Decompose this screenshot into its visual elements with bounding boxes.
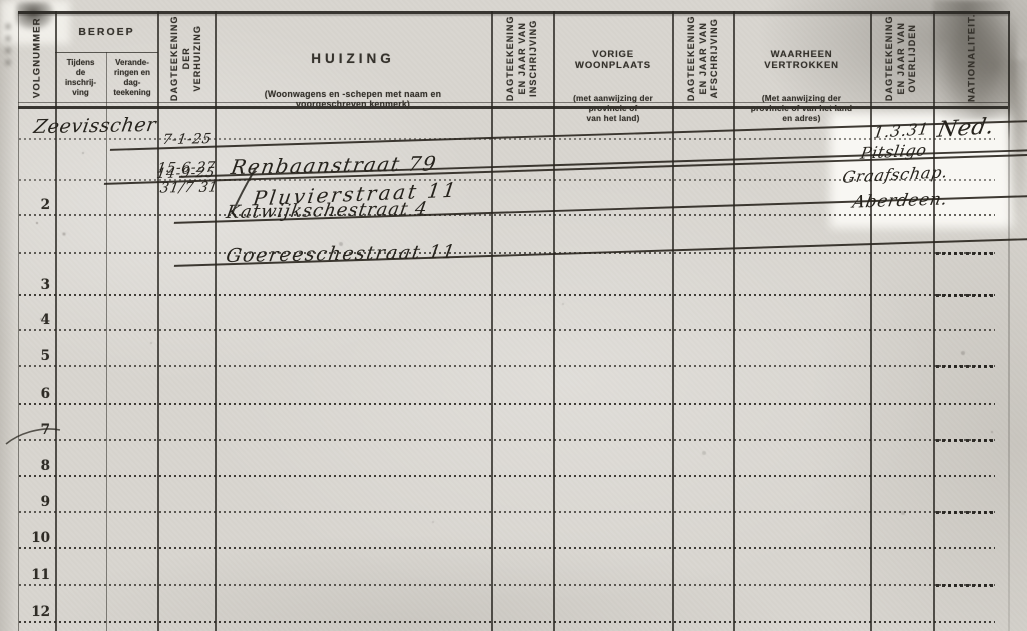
row-number-6: 6 bbox=[20, 386, 50, 402]
col-line-volgnummer bbox=[55, 11, 57, 631]
population-register-scan: VOLGNUMMER BEROEP Tijdens de inschrij- v… bbox=[0, 0, 1027, 631]
pen-check-stroke bbox=[228, 166, 258, 216]
left-margin-marks bbox=[6, 24, 10, 68]
rule-dash-cluster bbox=[936, 584, 996, 587]
rule-line bbox=[19, 621, 995, 623]
rule-line bbox=[19, 511, 995, 513]
row-number-8: 8 bbox=[20, 458, 50, 474]
column-header-beroep: BEROEP bbox=[56, 27, 157, 38]
rule-dash-cluster bbox=[936, 365, 996, 368]
huizing-title: HUIZING bbox=[217, 51, 489, 66]
row-number-11: 11 bbox=[20, 567, 50, 583]
rule-line bbox=[19, 475, 995, 477]
rule-dash-cluster bbox=[936, 511, 996, 514]
rule-dash-cluster bbox=[936, 439, 996, 442]
column-header-nationaliteit: NATIONALITEIT. bbox=[966, 11, 978, 105]
rule-line bbox=[19, 584, 995, 586]
row-number-9: 9 bbox=[20, 494, 50, 510]
rule-line bbox=[19, 294, 995, 296]
border-right bbox=[1008, 11, 1010, 631]
column-subheader-veranderingen: Verande- ringen en dag- teekening bbox=[107, 58, 157, 98]
col-line-waarheen bbox=[870, 11, 872, 631]
handwritten-address-3: Goereeschestraat 11 bbox=[225, 227, 1027, 267]
col-line-huizing bbox=[491, 11, 493, 631]
rule-line bbox=[19, 439, 995, 441]
col-line-overlijden bbox=[933, 11, 935, 631]
col-line-vorige bbox=[672, 11, 674, 631]
row-number-10: 10 bbox=[20, 530, 50, 546]
col-line-beroep bbox=[157, 11, 159, 631]
vorige-subtitle: (met aanwijzing der provincie of van het… bbox=[555, 94, 671, 124]
rule-line bbox=[19, 329, 995, 331]
column-header-dagteekening-overlijden: DAGTEEKENING EN JAAR VAN OVERLIJDEN bbox=[884, 13, 919, 103]
handwritten-move-date-3: 15-6-27 bbox=[156, 159, 217, 176]
rule-line bbox=[19, 403, 995, 405]
handwritten-death-place-3: Aberdeen. bbox=[851, 189, 949, 212]
column-header-volgnummer: VOLGNUMMER bbox=[31, 13, 43, 103]
row-number-12: 12 bbox=[20, 604, 50, 620]
paper-specks bbox=[0, 0, 2, 2]
column-subheader-tijdens: Tijdens de inschrij- ving bbox=[56, 58, 105, 98]
row-number-3: 3 bbox=[20, 277, 50, 293]
row-number-4: 4 bbox=[20, 312, 50, 328]
huizing-subtitle: (Woonwagens en -schepen met naam en voor… bbox=[217, 89, 489, 109]
column-header-dagteekening-verhuizing: DAGTEEKENING DER VERHUIZING bbox=[169, 13, 204, 103]
handwritten-nationality: Ned. bbox=[935, 114, 996, 143]
waarheen-title: WAARHEEN VERTROKKEN bbox=[735, 49, 868, 71]
handwritten-death-date: 1.3.31 bbox=[872, 119, 930, 142]
rule-line bbox=[19, 365, 995, 367]
rule-line bbox=[19, 547, 995, 549]
row-number-2: 2 bbox=[20, 197, 50, 213]
handwritten-death-place-1: Pitsligo bbox=[859, 140, 928, 162]
vorige-title: VORIGE WOONPLAATS bbox=[555, 49, 671, 71]
column-header-huizing: HUIZING (Woonwagens en -schepen met naam… bbox=[217, 33, 489, 127]
left-page-edge bbox=[0, 0, 18, 631]
column-header-dagteekening-inschrijving: DAGTEEKENING EN JAAR VAN INSCHRIJVING bbox=[505, 13, 540, 103]
rule-dash-cluster bbox=[936, 294, 996, 297]
column-header-dagteekening-afschrijving: DAGTEEKENING EN JAAR VAN AFSCHRIJVING bbox=[686, 13, 721, 103]
stray-pen-stroke bbox=[4, 418, 64, 448]
handwritten-move-date-4: 31/7 31 bbox=[159, 179, 220, 196]
row-number-5: 5 bbox=[20, 348, 50, 364]
handwritten-occupation: Zeevisscher bbox=[32, 114, 158, 138]
